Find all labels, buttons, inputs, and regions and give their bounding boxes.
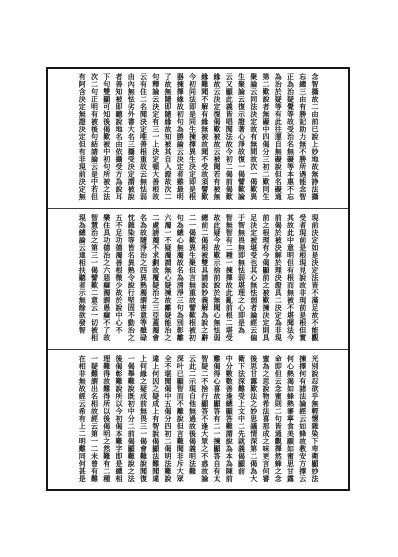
text-column: 現前決定如是決定法皆不滿足故不能觀	[309, 214, 321, 344]
text-column: 命即但云念蜜則二句皆通觀擇然蜂之念	[272, 355, 284, 485]
text-column: 蜜為之思說物希法喜那成之味更言何審	[260, 355, 272, 485]
text-column: 故此疑今故歎示捨前說於無聞心無怯弱	[211, 214, 223, 344]
text-column: 衛下法深難受上文中二先就義偈顯前	[235, 355, 247, 485]
text-column: 智慧治之第三一偈譬歎二意云一切被相	[88, 214, 100, 344]
text-column: 前之根理有今偈顯前之被歎揀決定則具	[260, 214, 272, 344]
text-column: 六濁一不疑濁謂無心疑揀故離疑能治之	[162, 214, 174, 344]
text-column: 由內無怯劣外書大名三攝受決定謂被說	[125, 73, 137, 203]
text-column: 在相非無故經云希有上二明難同何甚是	[76, 355, 88, 485]
text-column: 生聚論云復示證著心淨故復一偈譬歎論	[235, 73, 247, 203]
upper-register-text: 念智攝故二由前已說上妙地故無諍法攝 忘總三由有勝記助力無不勝所遇能念智 正為治疑…	[76, 73, 321, 203]
text-column: 句為總心無濁故名為清淨三句為別彰離	[174, 214, 186, 344]
middle-register-text: 現前決定如是決定法皆不滿足故不能觀 受者現前是根現見說故非現前是根但實 其故此中…	[76, 214, 321, 344]
text-column: 第二歎說者無礙中四偈分三初二歎同生	[260, 73, 272, 203]
text-column: 上何緣之疑成前無畏三一偈會難說聞復	[137, 355, 149, 485]
text-column: 了故無隨即隨緣故知被其自入證故次二	[162, 73, 174, 203]
text-column: 正為治疑覺等故受治名無礙等本惠不忘	[284, 73, 296, 203]
text-column: 前偈於被決解於理決證具二決定為非現	[272, 214, 284, 344]
text-column: 後思甘露歎法之妙思議情深第二偈為大	[248, 355, 260, 485]
text-column: 理難得故難得所以後偈明之然難有二種	[101, 355, 113, 485]
text-column: 緣難聞不解有緣無被故聞不受故須譬歎	[199, 73, 211, 203]
text-column: 者善知被即聽說地名由依攝受方為說耳	[113, 73, 125, 203]
text-column: 受者現前是根現見說故非現前是根但實	[297, 214, 309, 344]
text-column: 智無智有二種一揀擇故此亂前根二堪受	[223, 214, 235, 344]
text-column: 忘總三由有勝記助力無不勝所遇能念智	[297, 73, 309, 203]
register-divider-upper	[48, 208, 348, 209]
text-column: 現為總論云達相扶聽者示無餘欲發智	[76, 214, 88, 344]
lower-register-text: 光別說忍欲乎無輕懷雜染下卑衛顯妙法 揀擇何有諸法論經云如蜂故教安方擇云 何心熱渴…	[76, 355, 321, 485]
text-column: 揀擇何有諸法論經云如蜂故教安方擇云	[297, 355, 309, 485]
text-column: 于智無畏無即無怯弱堪理之心即是為	[235, 214, 247, 344]
text-column: 有阿含決定無證決定但有非現前決定無	[76, 73, 88, 203]
text-column: 一疑難謂出名相故經云第一二未曾有難	[88, 355, 100, 485]
text-column: 忱雜染等皆名異熟令說行堅固不動治之	[125, 214, 137, 344]
text-column: 云此二示現自他無過故後偈義明法難	[186, 355, 198, 485]
text-column: 光別說忍欲乎無輕懷雜染下卑衛顯妙法	[309, 355, 321, 485]
text-column: 聚論云同法決定故有無間故次一偈歎異	[248, 73, 260, 203]
text-column: 全不堪聞偈中五偈分四初二偈明法難說	[162, 355, 174, 485]
text-column: 器揀擇緣故初句為勝論云決定者雖最明	[174, 73, 186, 203]
text-column: 中分數數善逢總顯答難謂說為本為陳前	[223, 355, 235, 485]
text-column: 何心熱渴如蜂熱審寧食美願如蜜思甘露	[284, 355, 296, 485]
text-column: 念智攝故二由前已說上妙地故無諍法攝	[309, 73, 321, 203]
text-column: 云有住二名聞決定唯善根重故云無怯弱	[137, 73, 149, 203]
text-column: 次二句正明有被後句結請論云是中若但	[88, 73, 100, 203]
register-divider-lower	[48, 349, 348, 350]
text-column: 難偈得心喜故顯答有二一揀顯答自有太	[211, 355, 223, 485]
text-column: 智疑二不捨行顯答不逢大眾之不惑故論	[199, 355, 211, 485]
text-column: 後偈彰難說所以今初偈本難字即是總相	[113, 355, 125, 485]
text-column: 違上何因之疑成上有智說偈顯法難聞違	[150, 355, 162, 485]
text-column: 二一偈歎異生聚但言無重故譬歎根被初	[186, 214, 198, 344]
text-column: 今初同法即是同生揀擇異生決定即是根	[186, 73, 198, 203]
text-column: 五不足功德濁善根微少故於說中心不	[113, 214, 125, 344]
text-column: 一偈舉難說既初中分二前偈顯難說之法	[125, 355, 137, 485]
text-column: 云又顯此義皆唱聞法故今初二偈前偈歎	[223, 73, 235, 203]
text-column: 緣故云決定復偈歎被故云被聞若有被無	[211, 73, 223, 203]
text-column: 二處謗濁不求劃故覆疑治之三亞蓋濁會	[150, 214, 162, 344]
text-column: 句釋論云決定有三一上決定頓大善根故	[150, 73, 162, 203]
text-column: 足決定被堪受也其心無怯弱者論經云偏	[248, 214, 260, 344]
text-column: 深叶已顯智而不離說但言難聞非斥大眾	[174, 355, 186, 485]
text-column: 樂住具功德治之六惡癡濁謂愚癡不了故	[101, 214, 113, 344]
text-column: 名為故隨淨治之四異熟濁謂害意等雖碌	[137, 214, 149, 344]
text-column: 總前二偈根被雙具請說妙義解為說之辭	[199, 214, 211, 344]
text-column: 下句雙顯可知後偈歎被中初句所被之法	[101, 73, 113, 203]
text-column: 其故此中意明但有根而無被不堪聞法今	[284, 214, 296, 344]
text-column: 為治於疑等有此往運自無礙說但名礙通	[272, 73, 284, 203]
